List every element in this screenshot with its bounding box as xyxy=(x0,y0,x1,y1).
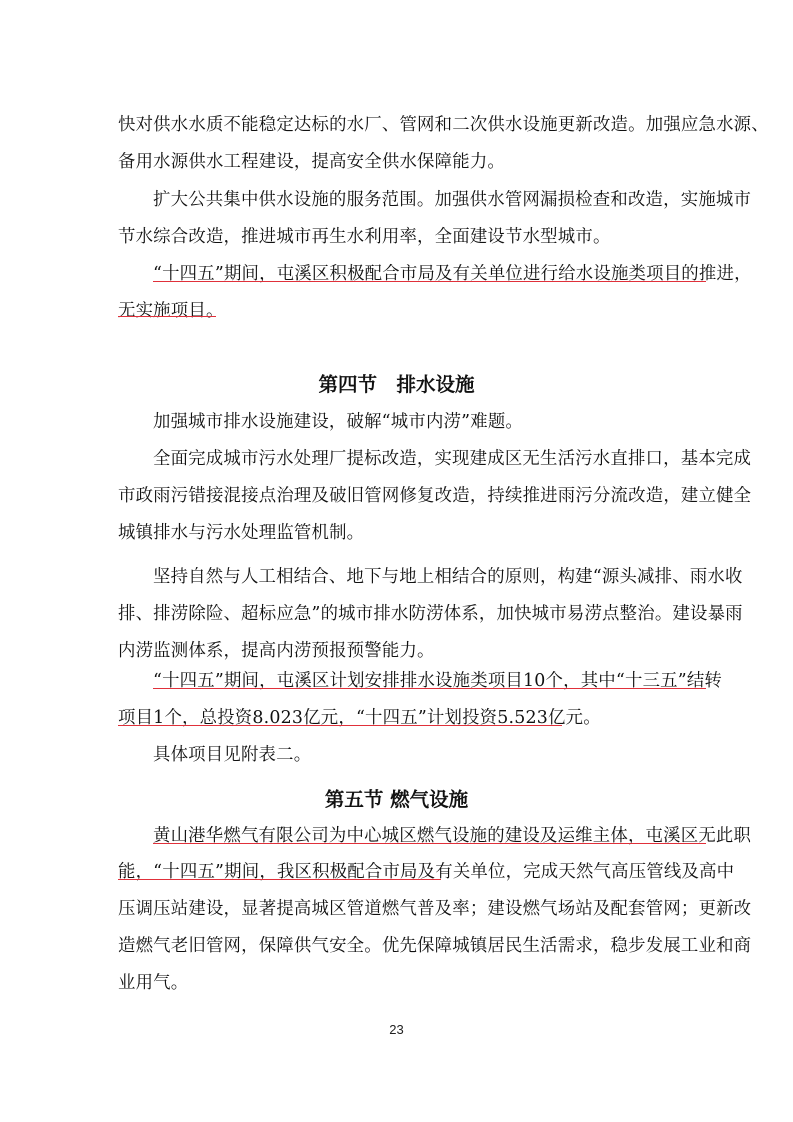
section-heading-gas: 第五节 燃气设施 xyxy=(0,788,793,812)
red-underline xyxy=(153,843,706,844)
text-line: 具体项目见附表二。 xyxy=(153,744,311,766)
text-line: 节水综合改造，推进城市再生水利用率，全面建设节水型城市。 xyxy=(118,226,611,248)
text-line: 排、排涝除险、超标应急”的城市排水防涝体系，加快城市易涝点整治。建设暴雨 xyxy=(118,603,743,625)
text-line: 加强城市排水设施建设，破解“城市内涝”难题。 xyxy=(153,411,523,433)
text-line: 快对供水水质不能稳定达标的水厂、管网和二次供水设施更新改造。加强应急水源、 xyxy=(118,114,769,136)
text-line: 坚持自然与人工相结合、地下与地上相结合的原则，构建“源头减排、雨水收 xyxy=(153,566,743,588)
red-underline xyxy=(118,316,216,317)
text-line: 扩大公共集中供水设施的服务范围。加强供水管网漏损检查和改造，实施城市 xyxy=(153,189,751,211)
red-underline xyxy=(118,725,562,726)
text-line: 压调压站建设，显著提高城区管道燃气普及率；建设燃气场站及配套管网；更新改 xyxy=(118,898,751,920)
text-line: 造燃气老旧管网，保障供气安全。优先保障城镇居民生活需求，稳步发展工业和商 xyxy=(118,935,751,957)
page-number: 23 xyxy=(0,1022,793,1037)
text-line: 城镇排水与污水处理监管机制。 xyxy=(118,522,364,544)
highlighted-text-line: 无实施项目。 xyxy=(118,300,224,322)
text-line: 备用水源供水工程建设，提高安全供水保障能力。 xyxy=(118,151,505,173)
red-underline xyxy=(153,688,706,689)
text-line: 业用气。 xyxy=(118,972,188,994)
document-page: 快对供水水质不能稳定达标的水厂、管网和二次供水设施更新改造。加强应急水源、 备用… xyxy=(0,0,793,1122)
text-line: 内涝监测体系，提高内涝预报预警能力。 xyxy=(118,640,435,662)
red-underline xyxy=(153,281,706,282)
text-line: 市政雨污错接混接点治理及破旧管网修复改造，持续推进雨污分流改造，建立健全 xyxy=(118,485,751,507)
text-line: 全面完成城市污水处理厂提标改造，实现建成区无生活污水直排口，基本完成 xyxy=(153,448,751,470)
section-heading-drainage: 第四节 排水设施 xyxy=(0,373,793,397)
red-underline xyxy=(118,879,441,880)
